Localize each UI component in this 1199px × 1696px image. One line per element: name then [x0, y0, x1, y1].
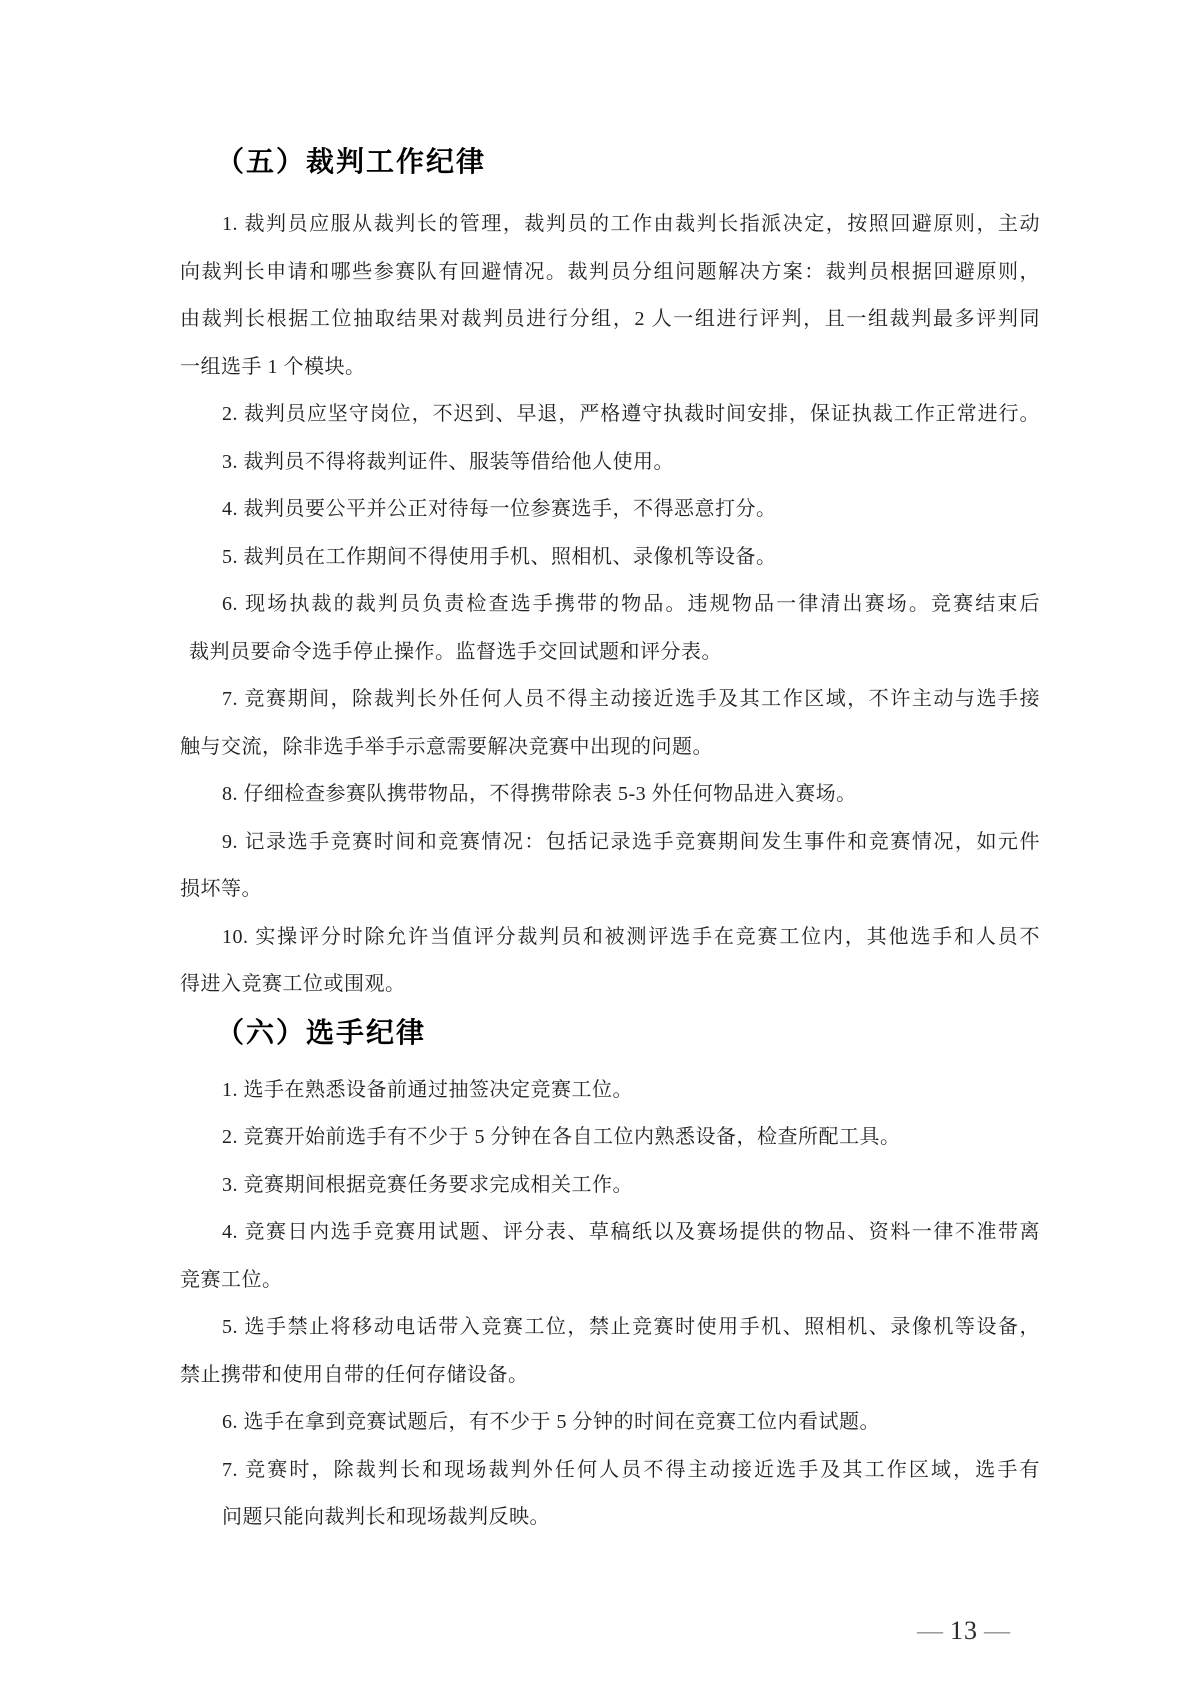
text-line: 7. 竞赛时，除裁判长和现场裁判外任何人员不得主动接近选手及其工作区域，选手有: [180, 1447, 1040, 1495]
text-line: 裁判员要命令选手停止操作。监督选手交回试题和评分表。: [180, 629, 1040, 677]
text-line: 向裁判长申请和哪些参赛队有回避情况。裁判员分组问题解决方案：裁判员根据回避原则，: [180, 249, 1040, 297]
text-line: 5. 裁判员在工作期间不得使用手机、照相机、录像机等设备。: [180, 534, 1040, 582]
text-line: 7. 竞赛期间，除裁判长外任何人员不得主动接近选手及其工作区域，不许主动与选手接: [180, 676, 1040, 724]
text-line: 得进入竞赛工位或围观。: [180, 961, 1040, 1009]
rule-item-judge-9: 9. 记录选手竞赛时间和竞赛情况：包括记录选手竞赛期间发生事件和竞赛情况，如元件…: [180, 819, 1040, 914]
rule-item-judge-6: 6. 现场执裁的裁判员负责检查选手携带的物品。违规物品一律清出赛场。竞赛结束后 …: [180, 581, 1040, 676]
rule-item-player-3: 3. 竞赛期间根据竞赛任务要求完成相关工作。: [180, 1162, 1040, 1210]
rule-item-judge-5: 5. 裁判员在工作期间不得使用手机、照相机、录像机等设备。: [180, 534, 1040, 582]
text-line: 6. 现场执裁的裁判员负责检查选手携带的物品。违规物品一律清出赛场。竞赛结束后: [180, 581, 1040, 629]
text-line: 4. 裁判员要公平并公正对待每一位参赛选手，不得恶意打分。: [180, 486, 1040, 534]
text-line: 4. 竞赛日内选手竞赛用试题、评分表、草稿纸以及赛场提供的物品、资料一律不准带离: [180, 1209, 1040, 1257]
rule-item-judge-10: 10. 实操评分时除允许当值评分裁判员和被测评选手在竞赛工位内，其他选手和人员不…: [180, 914, 1040, 1009]
page-number-dash-left: —: [911, 1616, 950, 1645]
rule-item-judge-7: 7. 竞赛期间，除裁判长外任何人员不得主动接近选手及其工作区域，不许主动与选手接…: [180, 676, 1040, 771]
section-heading-judge-discipline: （五）裁判工作纪律: [180, 140, 1040, 184]
text-line: 10. 实操评分时除允许当值评分裁判员和被测评选手在竞赛工位内，其他选手和人员不: [180, 914, 1040, 962]
text-line: 由裁判长根据工位抽取结果对裁判员进行分组，2 人一组进行评判，且一组裁判最多评判…: [180, 296, 1040, 344]
document-body: （五）裁判工作纪律 1. 裁判员应服从裁判长的管理，裁判员的工作由裁判长指派决定…: [180, 140, 1040, 1542]
text-line: 禁止携带和使用自带的任何存储设备。: [180, 1352, 1040, 1400]
section-heading-player-discipline: （六）选手纪律: [180, 1011, 1040, 1055]
rule-item-player-6: 6. 选手在拿到竞赛试题后，有不少于 5 分钟的时间在竞赛工位内看试题。: [180, 1399, 1040, 1447]
text-line: 竞赛工位。: [180, 1257, 1040, 1305]
page-number-dash-right: —: [978, 1616, 1017, 1645]
text-line: 问题只能向裁判长和现场裁判反映。: [180, 1494, 1040, 1542]
text-line: 3. 竞赛期间根据竞赛任务要求完成相关工作。: [180, 1162, 1040, 1210]
page-number: —13—: [911, 1616, 1017, 1646]
text-line: 损坏等。: [180, 866, 1040, 914]
text-line: 2. 竞赛开始前选手有不少于 5 分钟在各自工位内熟悉设备，检查所配工具。: [180, 1114, 1040, 1162]
text-line: 2. 裁判员应坚守岗位，不迟到、早退，严格遵守执裁时间安排，保证执裁工作正常进行…: [180, 391, 1040, 439]
rule-item-judge-3: 3. 裁判员不得将裁判证件、服装等借给他人使用。: [180, 439, 1040, 487]
text-line: 一组选手 1 个模块。: [180, 344, 1040, 392]
text-line: 1. 裁判员应服从裁判长的管理，裁判员的工作由裁判长指派决定，按照回避原则，主动: [180, 201, 1040, 249]
text-line: 1. 选手在熟悉设备前通过抽签决定竞赛工位。: [180, 1067, 1040, 1115]
rule-item-player-4: 4. 竞赛日内选手竞赛用试题、评分表、草稿纸以及赛场提供的物品、资料一律不准带离…: [180, 1209, 1040, 1304]
page-number-value: 13: [950, 1616, 978, 1645]
text-line: 8. 仔细检查参赛队携带物品，不得携带除表 5-3 外任何物品进入赛场。: [180, 771, 1040, 819]
rule-item-judge-4: 4. 裁判员要公平并公正对待每一位参赛选手，不得恶意打分。: [180, 486, 1040, 534]
rule-item-judge-1: 1. 裁判员应服从裁判长的管理，裁判员的工作由裁判长指派决定，按照回避原则，主动…: [180, 201, 1040, 391]
rule-item-judge-8: 8. 仔细检查参赛队携带物品，不得携带除表 5-3 外任何物品进入赛场。: [180, 771, 1040, 819]
rule-item-player-2: 2. 竞赛开始前选手有不少于 5 分钟在各自工位内熟悉设备，检查所配工具。: [180, 1114, 1040, 1162]
rule-item-judge-2: 2. 裁判员应坚守岗位，不迟到、早退，严格遵守执裁时间安排，保证执裁工作正常进行…: [180, 391, 1040, 439]
text-line: 触与交流，除非选手举手示意需要解决竞赛中出现的问题。: [180, 724, 1040, 772]
text-line: 9. 记录选手竞赛时间和竞赛情况：包括记录选手竞赛期间发生事件和竞赛情况，如元件: [180, 819, 1040, 867]
text-line: 3. 裁判员不得将裁判证件、服装等借给他人使用。: [180, 439, 1040, 487]
rule-item-player-5: 5. 选手禁止将移动电话带入竞赛工位，禁止竞赛时使用手机、照相机、录像机等设备，…: [180, 1304, 1040, 1399]
text-line: 6. 选手在拿到竞赛试题后，有不少于 5 分钟的时间在竞赛工位内看试题。: [180, 1399, 1040, 1447]
document-page: （五）裁判工作纪律 1. 裁判员应服从裁判长的管理，裁判员的工作由裁判长指派决定…: [0, 0, 1199, 1696]
rule-item-player-7: 7. 竞赛时，除裁判长和现场裁判外任何人员不得主动接近选手及其工作区域，选手有 …: [180, 1447, 1040, 1542]
rule-item-player-1: 1. 选手在熟悉设备前通过抽签决定竞赛工位。: [180, 1067, 1040, 1115]
text-line: 5. 选手禁止将移动电话带入竞赛工位，禁止竞赛时使用手机、照相机、录像机等设备，: [180, 1304, 1040, 1352]
